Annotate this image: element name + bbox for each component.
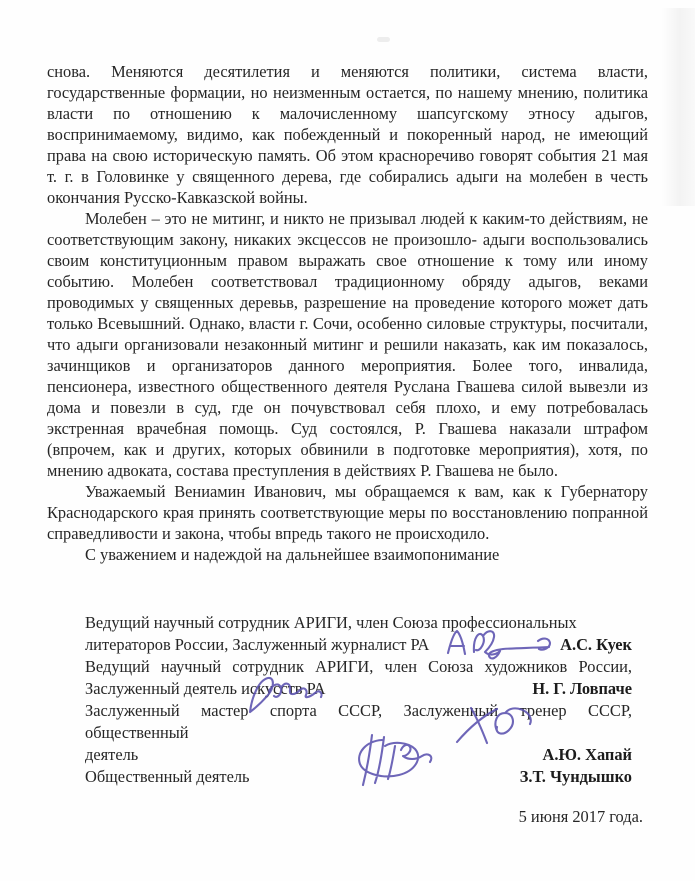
signer-name: А.С. Куек bbox=[560, 634, 648, 656]
signer-role: Ведущий научный сотрудник АРИГИ, член Со… bbox=[85, 656, 632, 678]
date-line: 5 июня 2017 года. bbox=[519, 806, 643, 827]
signer-role: деятель bbox=[85, 744, 138, 766]
letter-body: снова. Меняются десятилетия и меняются п… bbox=[47, 61, 648, 565]
scan-smudge bbox=[377, 37, 390, 42]
letter-page: снова. Меняются десятилетия и меняются п… bbox=[0, 0, 695, 881]
letter-paragraph: С уважением и надеждой на дальнейшее вза… bbox=[47, 544, 648, 565]
signer-row: Заслуженный мастер спорта СССР, Заслужен… bbox=[85, 700, 648, 744]
signature-block: Ведущий научный сотрудник АРИГИ, член Со… bbox=[85, 612, 648, 788]
letter-paragraph: Молебен – это не митинг, и никто не приз… bbox=[47, 208, 648, 481]
signer-role: Общественный деятель bbox=[85, 766, 250, 788]
signer-role: Ведущий научный сотрудник АРИГИ, член Со… bbox=[85, 612, 577, 634]
signer-row: Ведущий научный сотрудник АРИГИ, член Со… bbox=[85, 656, 648, 678]
letter-paragraph: снова. Меняются десятилетия и меняются п… bbox=[47, 61, 648, 208]
signer-row: Общественный деятель З.Т. Чундышко bbox=[85, 766, 648, 788]
signer-role: литераторов России, Заслуженный журналис… bbox=[85, 634, 429, 656]
scan-artifact-band bbox=[661, 8, 695, 206]
signer-row: деятель А.Ю. Хапай bbox=[85, 744, 648, 766]
signer-row: литераторов России, Заслуженный журналис… bbox=[85, 634, 648, 656]
signer-role: Заслуженный деятель искусств РА bbox=[85, 678, 325, 700]
signer-row: Ведущий научный сотрудник АРИГИ, член Со… bbox=[85, 612, 648, 634]
signer-name: Н. Г. Ловпаче bbox=[532, 678, 648, 700]
signer-role: Заслуженный мастер спорта СССР, Заслужен… bbox=[85, 700, 632, 744]
signer-row: Заслуженный деятель искусств РА Н. Г. Ло… bbox=[85, 678, 648, 700]
signer-name: А.Ю. Хапай bbox=[543, 744, 648, 766]
letter-paragraph: Уважаемый Вениамин Иванович, мы обращаем… bbox=[47, 481, 648, 544]
signer-name: З.Т. Чундышко bbox=[520, 766, 648, 788]
